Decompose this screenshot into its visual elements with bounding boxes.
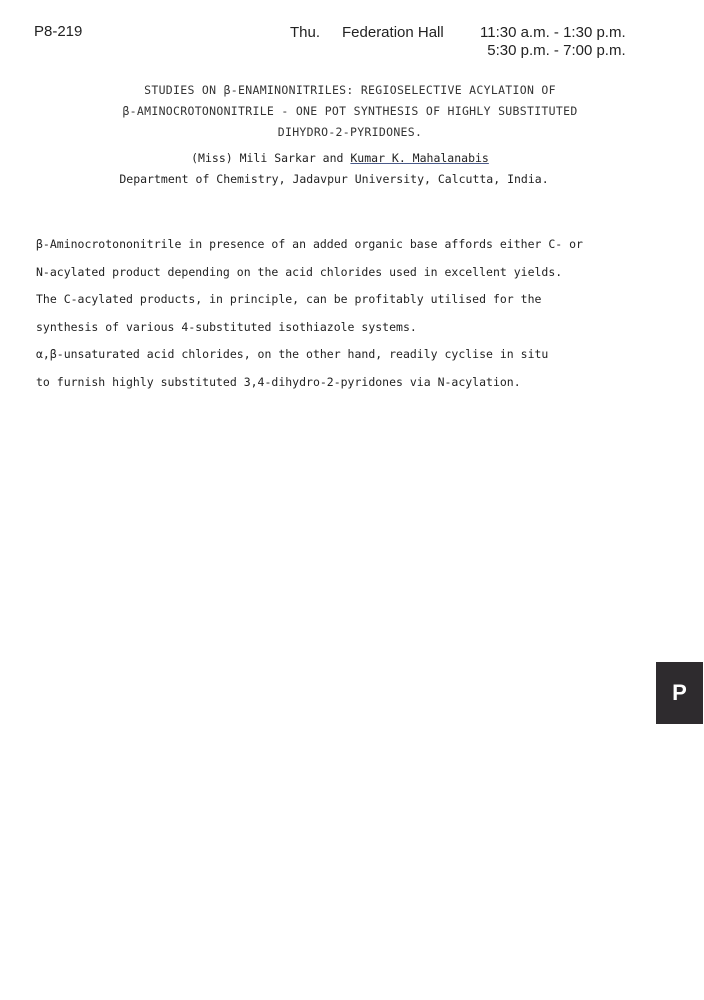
- author-list: (Miss) Mili Sarkar and: [191, 151, 350, 165]
- session-id: P8-219: [34, 23, 82, 40]
- abstract-line: N-acylated product depending on the acid…: [36, 259, 656, 287]
- paper-abstract: β-Aminocrotononitrile in presence of an …: [36, 231, 656, 396]
- abstract-line: β-Aminocrotononitrile in presence of an …: [36, 231, 656, 259]
- session-venue: Federation Hall: [342, 24, 480, 42]
- section-tab-label: P: [672, 680, 687, 706]
- section-tab-poster: P: [656, 662, 703, 724]
- abstract-line: synthesis of various 4-substituted isoth…: [36, 314, 656, 342]
- presenting-author: Kumar K. Mahalanabis: [350, 151, 488, 165]
- session-schedule-row: Thu.Federation Hall11:30 a.m. - 1:30 p.m…: [290, 24, 626, 42]
- session-day: Thu.: [290, 24, 342, 42]
- title-line: β-AMINOCROTONONITRILE - ONE POT SYNTHESI…: [90, 101, 610, 122]
- session-time-1: 11:30 a.m. - 1:30 p.m.: [480, 24, 626, 42]
- paper-affiliation: Department of Chemistry, Jadavpur Univer…: [94, 169, 574, 190]
- title-line: DIHYDRO-2-PYRIDONES.: [90, 122, 610, 143]
- abstract-line: to furnish highly substituted 3,4-dihydr…: [36, 369, 656, 397]
- session-info: Thu.Federation Hall11:30 a.m. - 1:30 p.m…: [290, 24, 626, 42]
- paper-title: STUDIES ON β-ENAMINONITRILES: REGIOSELEC…: [90, 80, 610, 143]
- title-line: STUDIES ON β-ENAMINONITRILES: REGIOSELEC…: [90, 80, 610, 101]
- paper-authors: (Miss) Mili Sarkar and Kumar K. Mahalana…: [90, 148, 590, 169]
- session-time-2: 5:30 p.m. - 7:00 p.m.: [487, 42, 625, 60]
- abstract-line: The C-acylated products, in principle, c…: [36, 286, 656, 314]
- abstract-line: α,β-unsaturated acid chlorides, on the o…: [36, 341, 656, 369]
